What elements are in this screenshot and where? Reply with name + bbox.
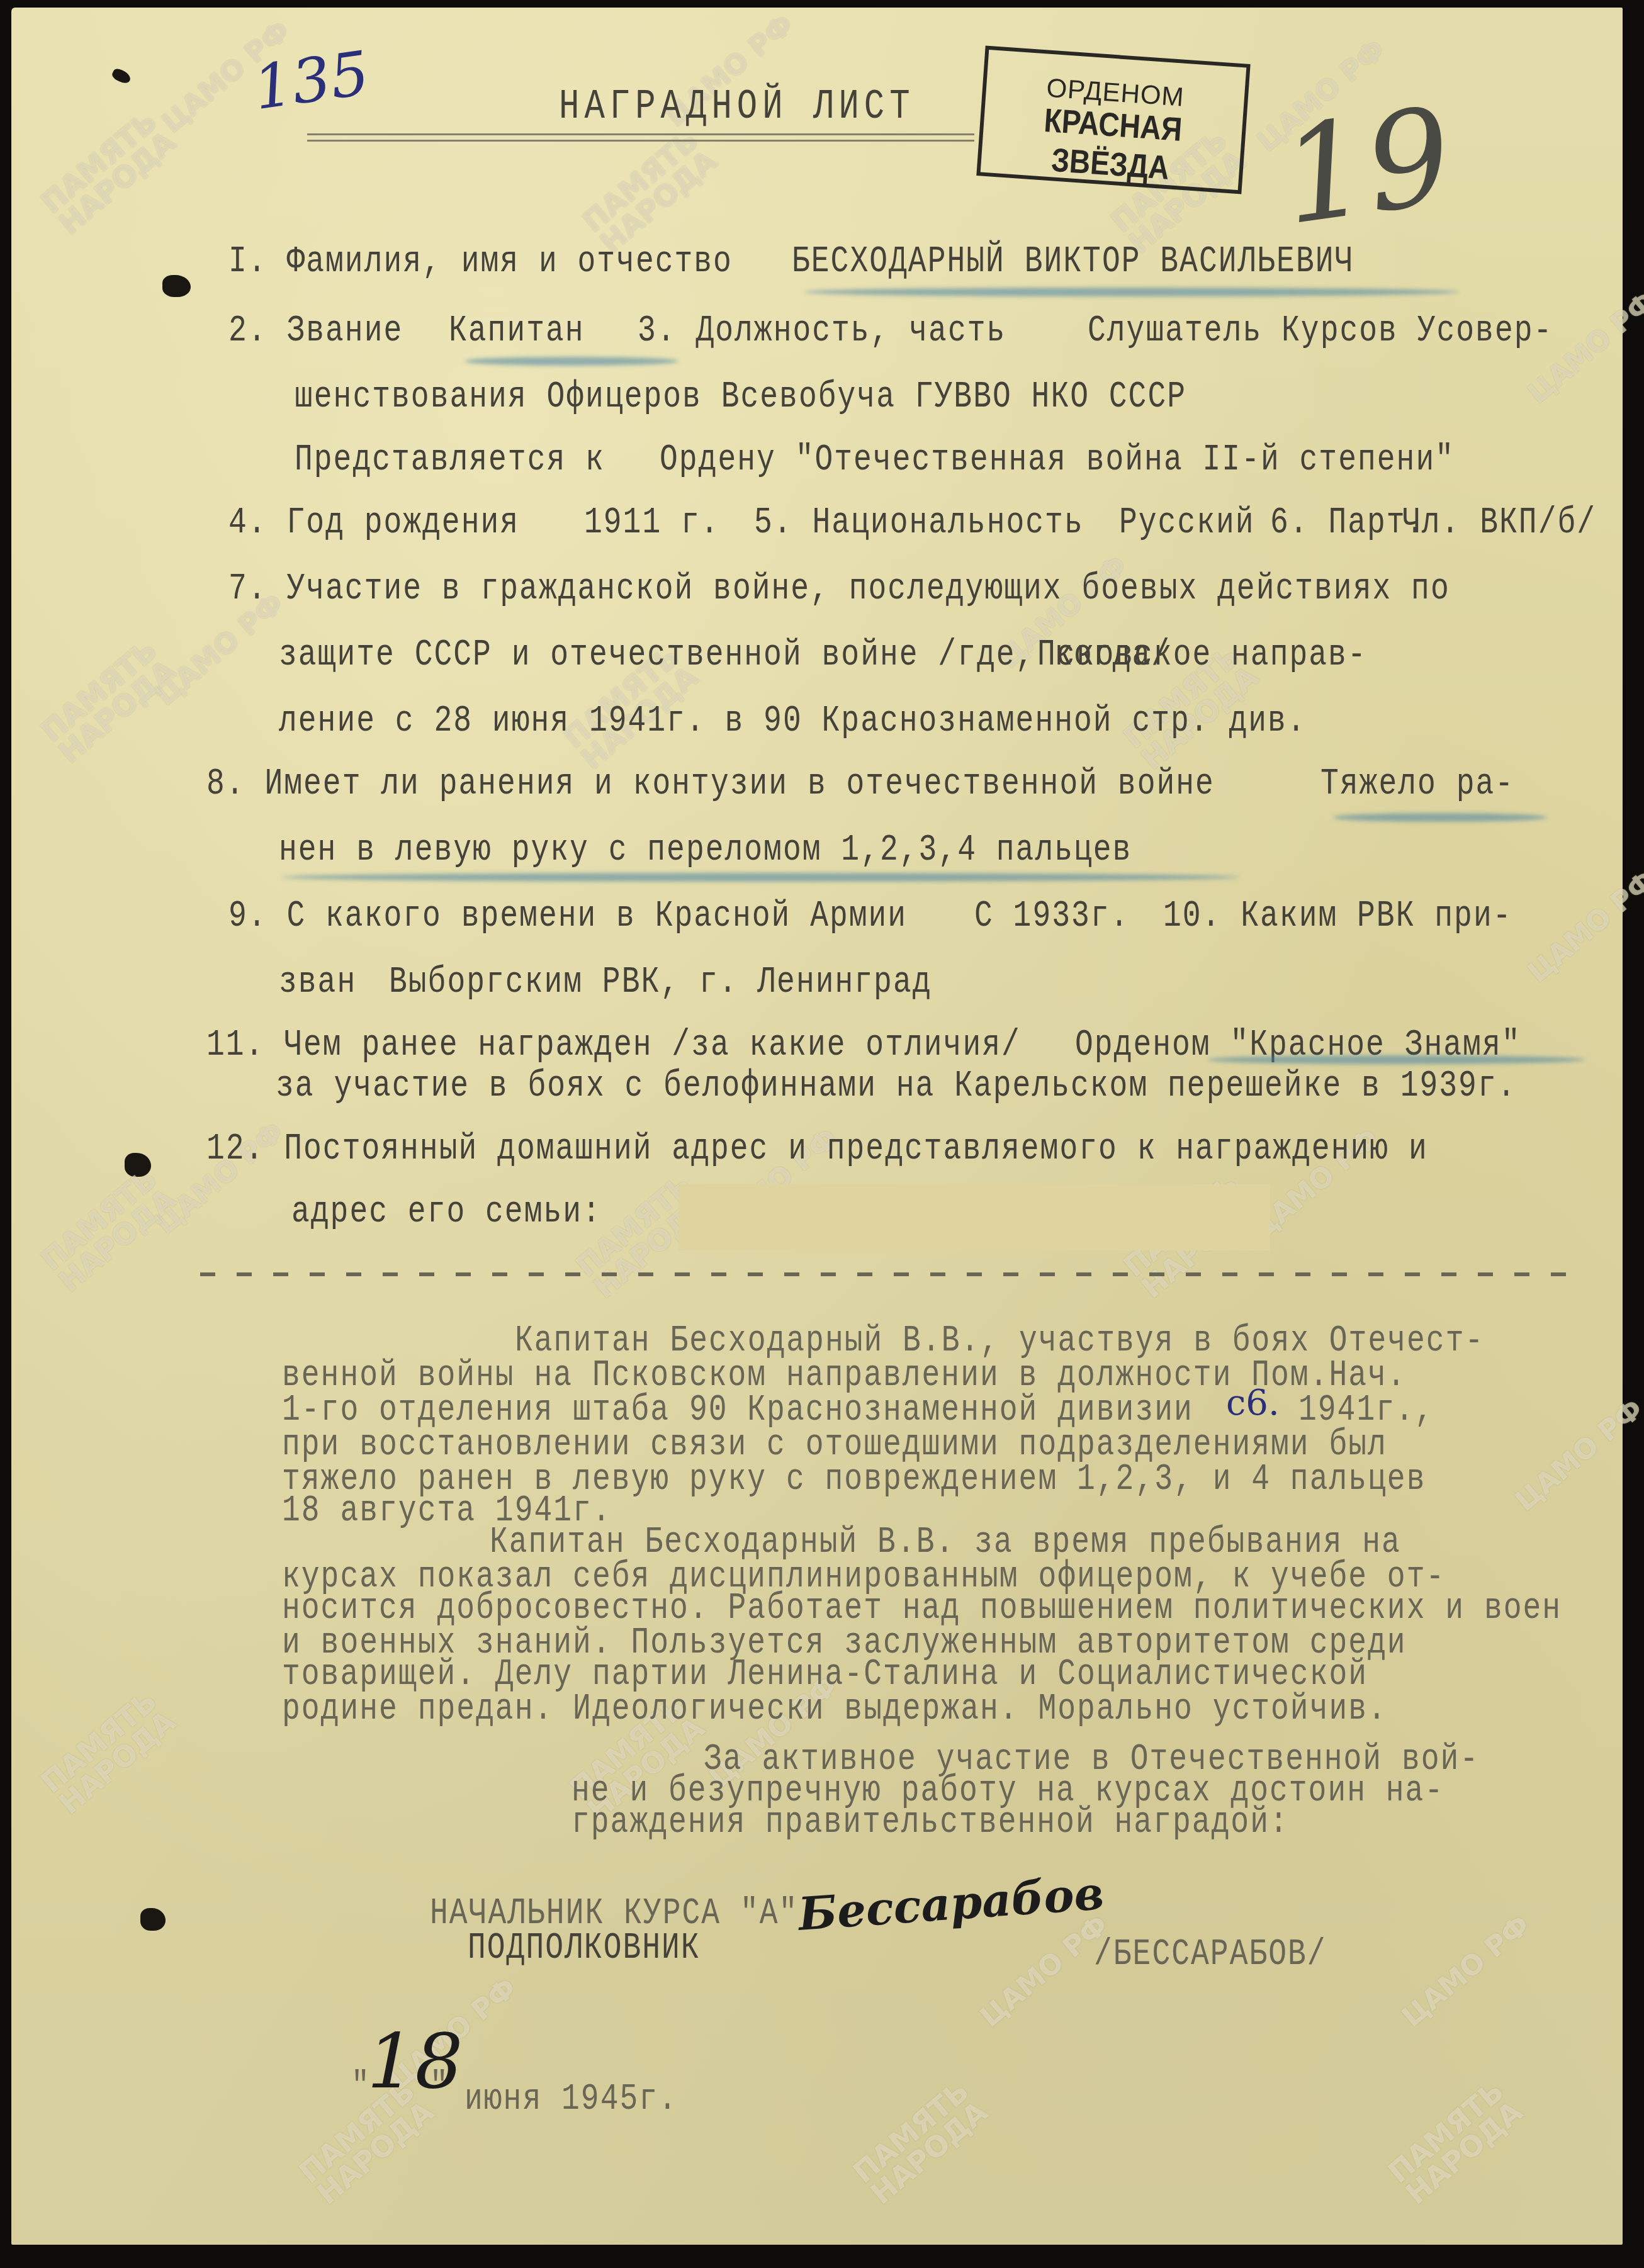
handwritten-insert: с6. <box>1226 1383 1280 1423</box>
field-11-value-cont: за участие в боях с белофиннами на Карел… <box>276 1065 1517 1108</box>
field-9-label: 9. С какого времени в Красной Армии <box>228 895 907 938</box>
watermark-project: ПАМЯТЬНАРОДА <box>37 1163 180 1296</box>
pencil-underline <box>804 288 1459 296</box>
field-2-value: Капитан <box>449 310 585 352</box>
field-1-label: I. Фамилия, имя и отчество <box>228 240 733 283</box>
field-8-value-cont: нен в левую руку с переломом 1,2,3,4 пал… <box>279 829 1132 872</box>
award-sheet-page: ЦАМО РФ ЦАМО РФ ЦАМО РФ ЦАМО РФ ЦАМО РФ … <box>11 8 1623 2245</box>
watermark-archive: ЦАМО РФ <box>974 1909 1114 2033</box>
pencil-underline <box>1333 813 1547 822</box>
signatory-name: /БЕССАРАБОВ/ <box>1094 1933 1327 1976</box>
watermark-project: ПАМЯТЬНАРОДА <box>37 1685 180 1818</box>
signatory-rank: ПОДПОЛКОВНИК <box>468 1927 701 1970</box>
pencil-underline <box>464 357 678 366</box>
watermark-project: ПАМЯТЬНАРОДА <box>578 125 721 257</box>
field-1-value: БЕСХОДАРНЫЙ ВИКТОР ВАСИЛЬЕВИЧ <box>792 240 1354 283</box>
field-10-value: Выборгским РВК, г. Ленинград <box>389 961 932 1004</box>
field-2-label: 2. Звание <box>228 310 403 352</box>
watermark-project: ПАМЯТЬНАРОДА <box>848 2075 992 2208</box>
field-8-label: 8. Имеет ли ранения и контузии в отечест… <box>206 763 1215 806</box>
nomination-value: Ордену "Отечественная война II-й степени… <box>660 439 1455 481</box>
document-title: НАГРАДНОЙ ЛИСТ <box>559 83 915 131</box>
field-6-value: Чл. ВКП/б/ <box>1402 502 1596 544</box>
field-7-value-cont: ление с 28 июня 1941г. в 90 Краснознамен… <box>279 700 1307 743</box>
field-7-label: 7. Участие в гражданской войне, последую… <box>228 568 1450 610</box>
field-4-label: 4. Год рождения <box>228 502 519 544</box>
redacted-address <box>678 1184 1270 1250</box>
title-double-rule <box>307 133 974 142</box>
conclusion-line: граждения правительственной наградой: <box>571 1801 1289 1844</box>
signature-handwritten: Бессарабов <box>797 1866 1106 1941</box>
field-4-value: 1911 г. <box>584 502 720 544</box>
field-10-label-cont: зван <box>279 961 356 1004</box>
pencil-underline <box>282 873 1239 882</box>
watermark-project: ПАМЯТЬНАРОДА <box>37 634 180 767</box>
field-12-label-cont: адрес его семьи: <box>291 1191 602 1233</box>
watermark-archive: ЦАМО РФ <box>1396 1909 1536 2033</box>
archive-number-handwritten: 135 <box>249 38 373 123</box>
field-5-value: Русский <box>1119 502 1255 544</box>
nomination-label: Представляется к <box>295 439 605 481</box>
field-12-label: 12. Постоянный домашний адрес и представ… <box>206 1128 1428 1170</box>
punch-hole-bottom <box>140 1908 166 1931</box>
punch-hole-upper <box>162 275 191 297</box>
date-rest: июня 1945г. <box>464 2078 678 2121</box>
punch-hole-top <box>111 67 133 86</box>
field-10-label: 10. Каким РВК при- <box>1163 895 1512 938</box>
field-9-value: С 1933г. <box>974 895 1129 938</box>
watermark-project: ПАМЯТЬНАРОДА <box>1383 2075 1527 2208</box>
field-7-value: Псковское направ- <box>1037 634 1367 676</box>
section-divider <box>200 1272 1572 1276</box>
watermark-archive: ЦАМО РФ <box>1522 864 1644 989</box>
date-quote-close: " <box>430 2065 449 2108</box>
award-stamp: ОРДЕНОМ КРАСНАЯ ЗВЁЗДА <box>976 46 1250 194</box>
field-5-label: 5. Национальность <box>754 502 1084 544</box>
field-11-label: 11. Чем ранее награжден /за какие отличи… <box>206 1024 1021 1067</box>
page-number-handwritten: 19 <box>1273 79 1461 255</box>
narrative-line: родине предан. Идеологически выдержан. М… <box>282 1688 1387 1731</box>
field-8-value: Тяжело ра- <box>1320 763 1514 806</box>
watermark-archive: ЦАМО РФ <box>1509 1393 1644 1517</box>
field-3-label: 3. Должность, часть <box>638 310 1006 352</box>
pencil-underline <box>1207 1055 1585 1064</box>
field-3-value: Слушатель Курсов Усовер- <box>1088 310 1553 352</box>
watermark-project: ПАМЯТЬНАРОДА <box>37 106 180 239</box>
field-3-value-cont: шенствования Офицеров Всевобуча ГУВВО НК… <box>295 376 1186 418</box>
